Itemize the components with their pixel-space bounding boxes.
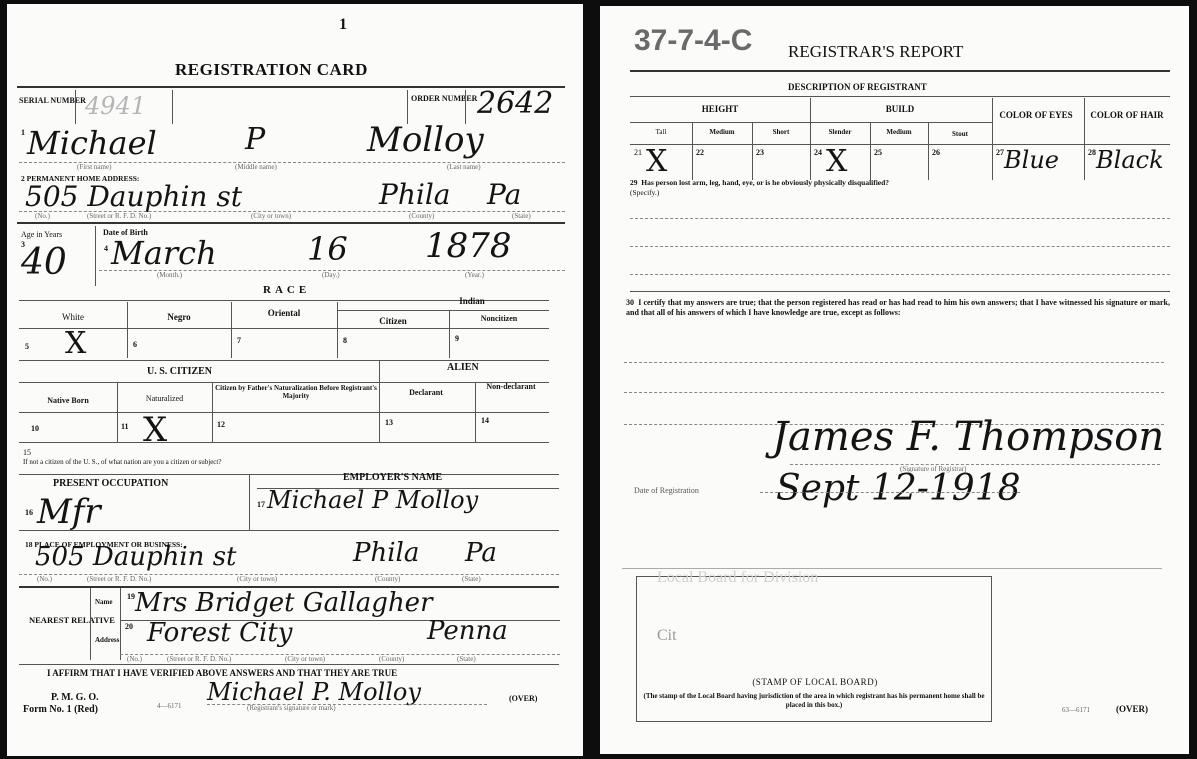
caption: (City or town) [285,655,325,663]
q29-specify: (Specify.) [630,188,659,197]
caption: (City or town) [251,212,291,220]
height-title: HEIGHT [630,104,810,114]
field-number: 20 [125,622,133,631]
dob-day: 16 [307,230,348,268]
description-title: DESCRIPTION OF REGISTRANT [788,82,927,92]
field-number: 10 [31,424,39,433]
first-name: Michael [27,124,157,162]
dob-year: 1878 [425,226,512,266]
race-col-indian-noncitizen: Noncitizen [449,314,549,323]
field-number: 19 [127,592,135,601]
serial-number-label: SERIAL NUMBER [19,96,69,105]
employment-city: Phila [353,538,419,568]
employer-value: Michael P Molloy [267,486,478,514]
field-number: 22 [696,148,704,157]
field-number: 5 [25,342,29,351]
build-title: BUILD [810,104,990,114]
caption: (No.) [35,212,50,220]
form-id-line1: P. M. G. O. [51,692,99,703]
home-address-state: Pa [487,178,521,211]
height-col-short: Short [752,128,810,136]
hair-color-value: Black [1096,146,1164,174]
caption: (Last name) [447,163,481,171]
eye-color-value: Blue [1004,146,1059,174]
form-id-line2: Form No. 1 (Red) [23,704,98,715]
race-white-mark: X [65,326,86,361]
alien-col-declarant: Declarant [381,388,471,397]
report-title: REGISTRAR'S REPORT [788,42,963,62]
stamp-note: (The stamp of the Local Board having jur… [636,692,992,710]
build-slender-mark: X [826,144,847,179]
stamp-faint-city: Cit [657,627,677,645]
race-col-negro: Negro [127,312,231,322]
serial-number-value: 4941 [85,92,146,120]
signature-caption: (Registrant's signature or mark) [247,704,336,712]
cit-col-naturalized: Naturalized [117,394,212,403]
race-indian-label: Indian [397,296,547,306]
field-number: 17 [257,500,265,509]
race-col-oriental: Oriental [231,308,337,318]
top-mark: 1 [339,16,347,34]
build-col-slender: Slender [810,128,870,136]
registration-card-front: 1 REGISTRATION CARD SERIAL NUMBER 4941 O… [7,4,583,756]
field-number: 14 [481,416,489,425]
field-number: 24 [814,148,822,157]
affirmation-text: I AFFIRM THAT I HAVE VERIFIED ABOVE ANSW… [47,668,397,678]
field-number: 28 [1088,148,1096,157]
caption: (Street or R. F. D. No.) [87,212,151,220]
height-col-tall: Tall [630,128,692,136]
registrars-report: 37-7-4-C REGISTRAR'S REPORT DESCRIPTION … [600,6,1189,754]
race-col-white: White [19,312,127,322]
race-title: RACE [263,284,310,296]
registrar-signature: James F. Thompson [772,414,1164,460]
caption: (County) [375,575,400,583]
field-number: 7 [237,336,241,345]
employment-street: 505 Dauphin st [35,542,237,572]
q30-text: 30 I certify that my answers are true; t… [626,298,1170,318]
employer-label: EMPLOYER'S NAME [343,472,442,483]
build-col-stout: Stout [928,130,992,138]
occupation-value: Mfr [37,492,101,532]
q29-question: Has person lost arm, leg, hand, eye, or … [641,178,889,187]
registrant-signature: Michael P. Molloy [207,678,421,706]
caption: (No.) [37,575,52,583]
height-tall-mark: X [646,144,667,179]
field-number: 27 [996,148,1004,157]
field-number: 30 [626,298,634,307]
cit-col-native: Native Born [19,396,117,405]
field-number: 23 [756,148,764,157]
caption: (No.) [127,655,142,663]
occupation-label: PRESENT OCCUPATION [53,478,168,489]
stamp-faint-text: Local Board for Division [657,569,818,587]
print-code: 4—6171 [157,702,182,710]
field-number: 4 [104,244,108,253]
middle-name: P [245,122,265,157]
eyes-title: COLOR OF EYES [992,110,1080,121]
cit-col-fathers: Citizen by Father's Naturalization Befor… [215,384,377,400]
caption: (Day.) [322,271,340,279]
q30-certification: I certify that my answers are true; that… [626,298,1170,317]
over-label: (OVER) [509,694,537,703]
field-number: 16 [25,508,33,517]
field-number: 6 [133,340,137,349]
print-code: 63—6171 [1062,706,1090,714]
card-title: REGISTRATION CARD [175,60,368,80]
file-number-stamp: 37-7-4-C [634,24,752,58]
field-number: 11 [121,422,129,431]
race-col-indian-citizen: Citizen [337,316,449,326]
home-address-street: 505 Dauphin st [25,180,242,213]
field-number: 13 [385,418,393,427]
alien-col-nondeclarant: Non-declarant [475,382,547,391]
relative-address-state: Penna [427,616,508,646]
build-col-medium: Medium [870,128,928,136]
field-number: 25 [874,148,882,157]
relative-address-city: Forest City [147,618,293,648]
date-of-registration-value: Sept 12-1918 [776,468,1021,509]
us-citizen-title: U. S. CITIZEN [147,366,212,377]
caption: (City or town) [237,575,277,583]
caption: (State) [512,212,531,220]
q15-text: If not a citizen of the U. S., of what n… [23,458,221,466]
last-name: Molloy [367,120,484,160]
field-number: 12 [217,420,225,429]
caption: (Middle name) [235,163,277,171]
employment-state: Pa [465,538,497,568]
stamp-caption: (STAMP OF LOCAL BOARD) [637,677,993,687]
date-of-registration-label: Date of Registration [634,486,699,495]
caption: (Year.) [465,271,484,279]
field-number: 29 [630,178,638,187]
order-number-value: 2642 [477,86,553,121]
height-col-medium: Medium [692,128,752,136]
relative-address-label: Address [95,636,119,644]
field-number: 9 [455,334,459,343]
field-number: 8 [343,336,347,345]
age-label: Age in Years [21,230,62,239]
caption: (Street or R. F. D. No.) [167,655,231,663]
caption: (State) [457,655,476,663]
nearest-relative-label: NEAREST RELATIVE [29,616,89,625]
age-value: 40 [21,242,67,283]
field-number: 26 [932,148,940,157]
hair-title: COLOR OF HAIR [1084,110,1170,121]
home-address-city: Phila [379,178,450,211]
alien-title: ALIEN [447,362,479,373]
naturalized-mark: X [143,410,167,450]
caption: (County) [379,655,404,663]
caption: (State) [462,575,481,583]
caption: (Month.) [157,271,182,279]
caption: (Street or R. F. D. No.) [87,575,151,583]
dob-month: March [111,234,217,272]
relative-name: Mrs Bridget Gallagher [135,588,433,618]
field-number: 15 [23,448,31,457]
field-number: 1 [21,128,25,137]
over-label: (OVER) [1116,704,1148,714]
caption: (County) [409,212,434,220]
order-number-label: ORDER NUMBER [411,94,463,103]
caption: (First name) [77,163,111,171]
q29-text: 29 Has person lost arm, leg, hand, eye, … [630,178,889,187]
field-number: 21 [634,148,642,157]
relative-name-label: Name [95,598,113,606]
